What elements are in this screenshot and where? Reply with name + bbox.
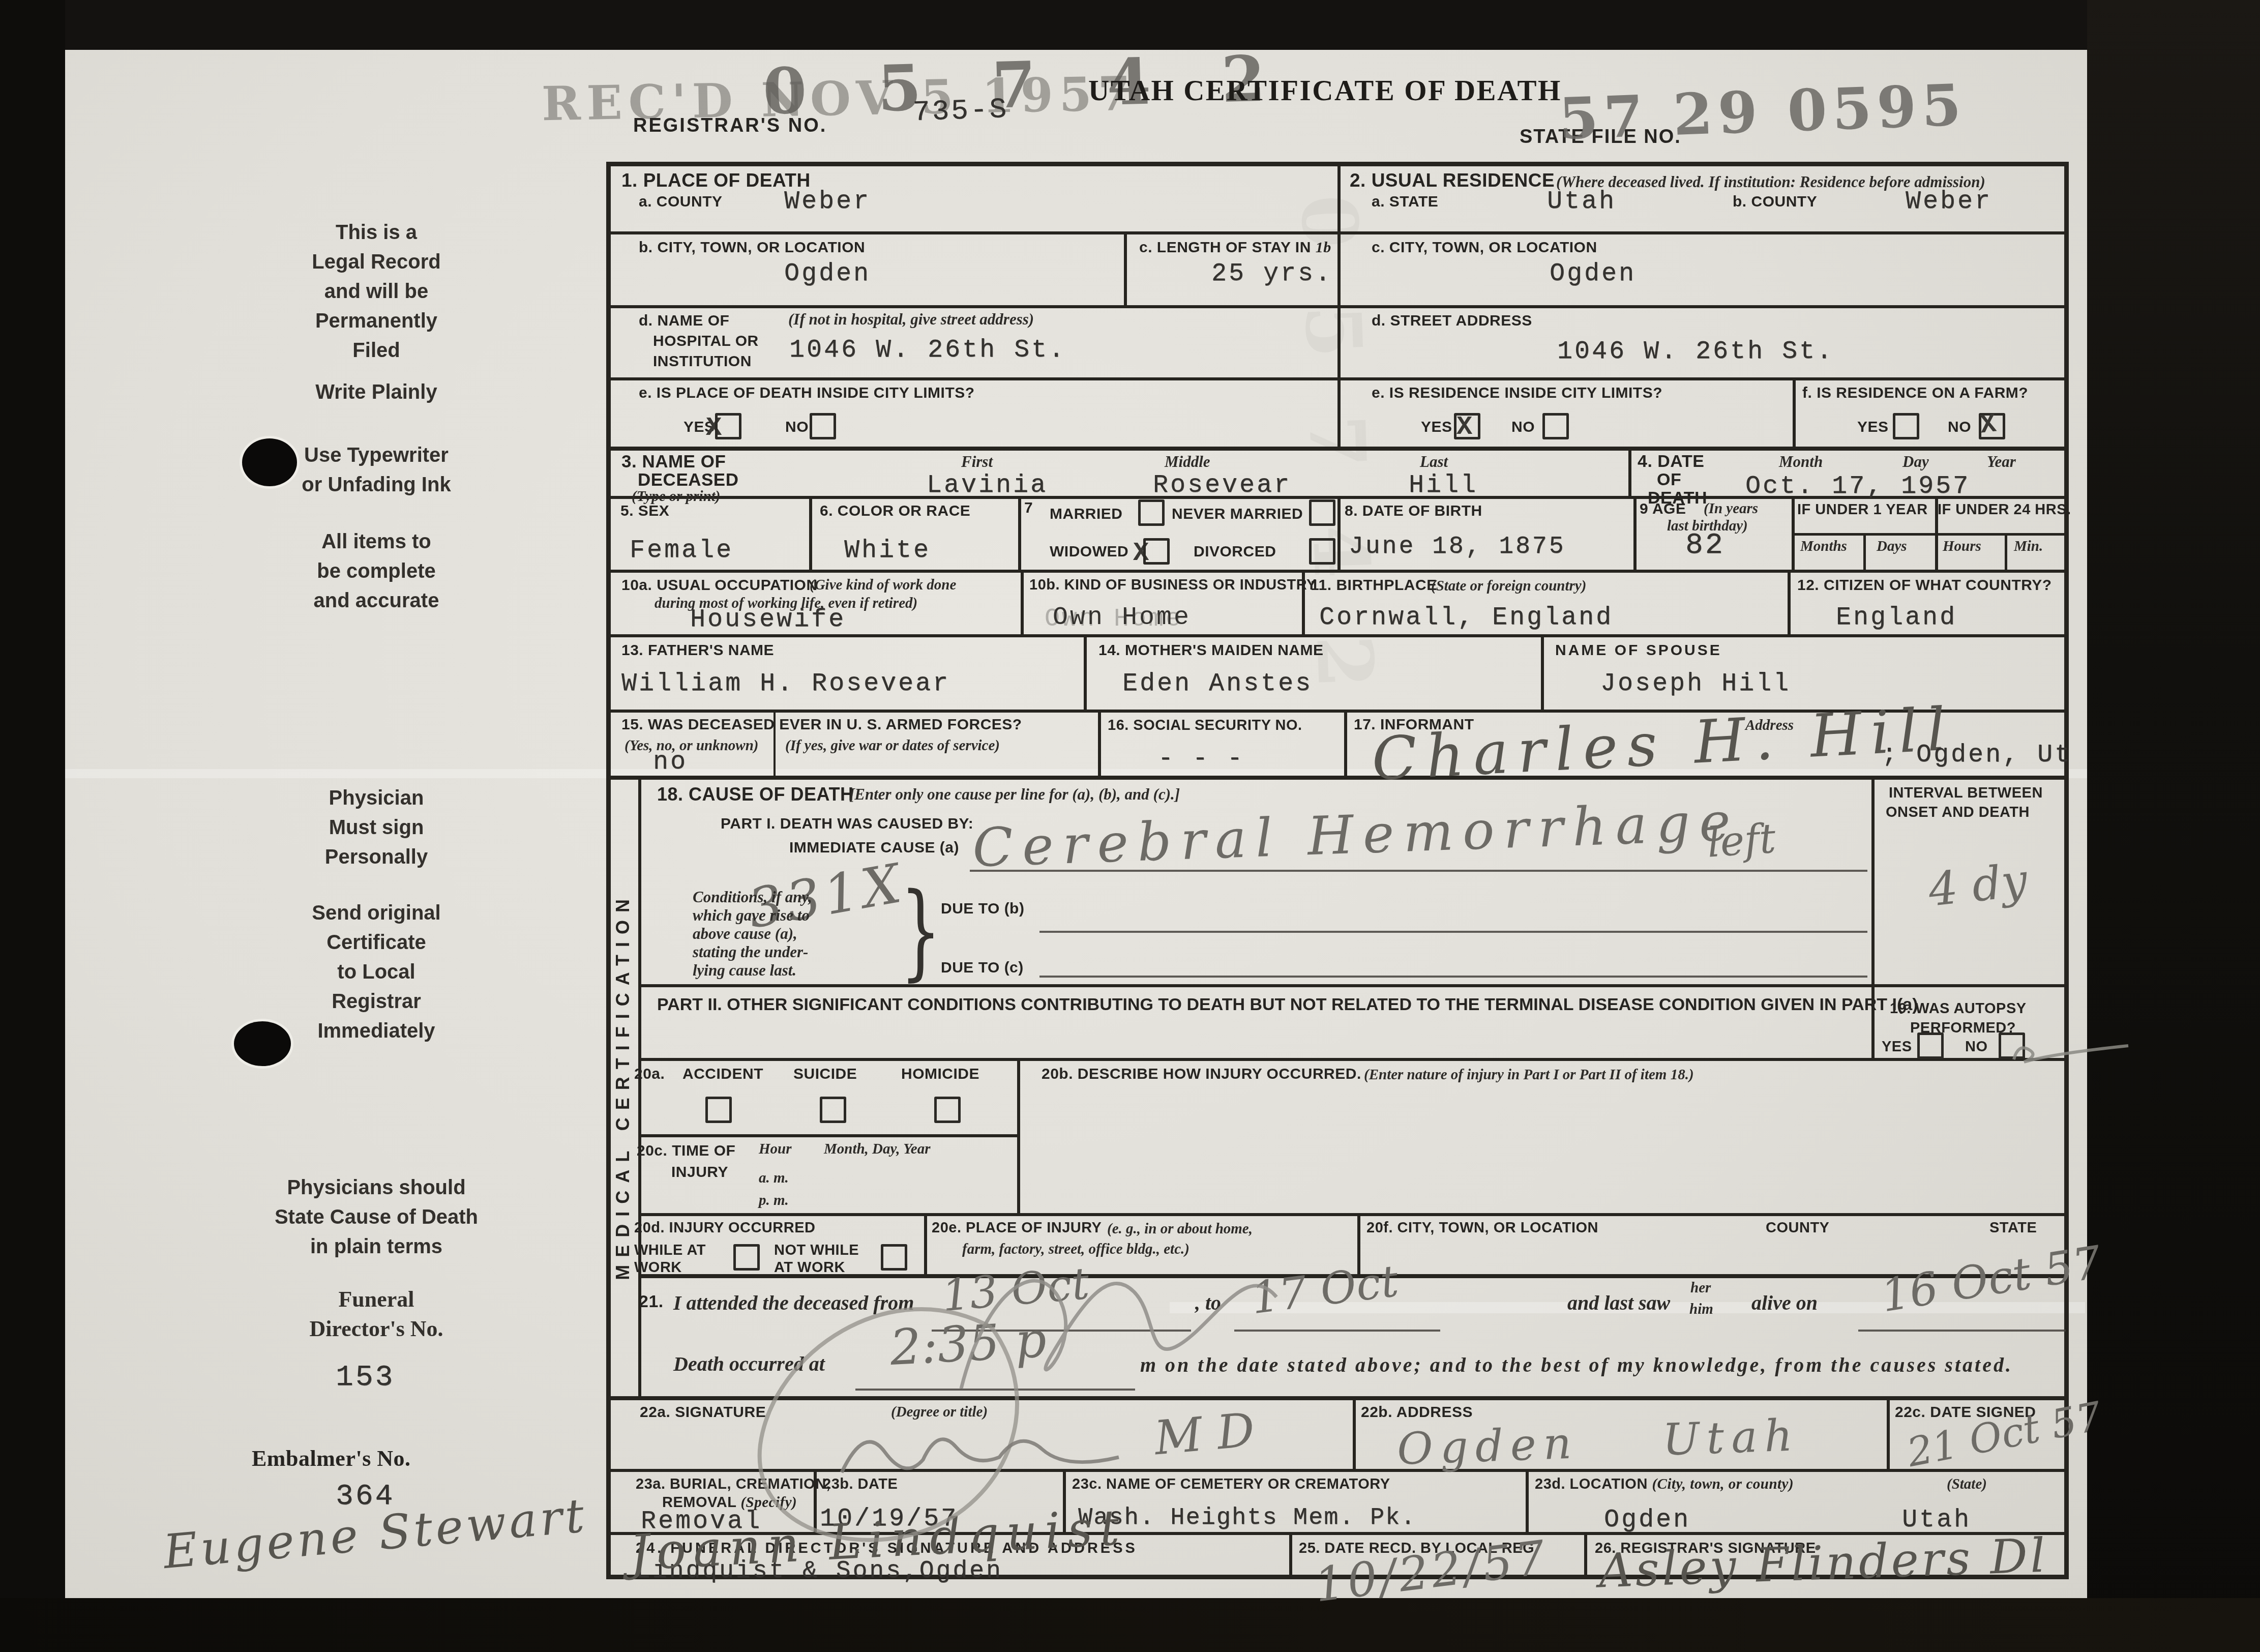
- describe-injury-note: (Enter nature of injury in Part I or Par…: [1364, 1067, 1694, 1083]
- margin-line: Filed: [209, 336, 544, 365]
- widowed-label: WIDOWED: [1050, 543, 1128, 560]
- injury-city-label: 20f. CITY, TOWN, OR LOCATION: [1366, 1220, 1598, 1236]
- residence-city-label: c. CITY, TOWN, OR LOCATION: [1372, 239, 1597, 256]
- widowed-checkbox: [1143, 538, 1170, 565]
- margin-line: State Cause of Death: [183, 1202, 570, 1232]
- interval-label-1: INTERVAL BETWEEN: [1889, 785, 2043, 802]
- yes-label: YES: [1882, 1039, 1912, 1055]
- armed-forces-note-2: (If yes, give war or dates of service): [785, 737, 1000, 754]
- occupation-value: Housewife: [690, 605, 846, 634]
- county-label: a. COUNTY: [639, 193, 723, 211]
- spouse-label: NAME OF SPOUSE: [1555, 642, 1722, 659]
- hours-header: Hours: [1943, 538, 1981, 555]
- father-label: 13. FATHER'S NAME: [621, 642, 774, 659]
- no-label: NO: [1511, 419, 1535, 436]
- margin-line: or Unfading Ink: [209, 470, 544, 499]
- margin-line: Use Typewriter: [209, 440, 544, 470]
- armed-forces-label: 15. WAS DECEASED EVER IN U. S. ARMED FOR…: [621, 716, 1022, 733]
- conditions-note-block: Conditions, if any, which gave rise to a…: [693, 888, 812, 980]
- margin-physician-sign: Physician Must sign Personally: [209, 783, 544, 872]
- date-of-death-value: Oct. 17, 1957: [1745, 472, 1970, 501]
- margin-line: Personally: [209, 842, 544, 872]
- injury-occurred-label: 20d. INJURY OCCURRED: [634, 1220, 815, 1236]
- margin-line: Funeral: [209, 1285, 544, 1314]
- attended-text-3: and last saw: [1567, 1291, 1670, 1315]
- birthplace-note: (State or foreign country): [1431, 578, 1586, 595]
- hospital-label-3: INSTITUTION: [653, 353, 752, 370]
- mother-value: Eden Anstes: [1122, 669, 1313, 698]
- immediate-cause-label: IMMEDIATE CAUSE (a): [789, 839, 959, 857]
- hospital-label-1: d. NAME OF: [639, 312, 729, 330]
- county-value: Weber: [784, 187, 871, 216]
- middle-name-value: Rosevear: [1153, 471, 1291, 500]
- suicide-checkbox: [820, 1097, 846, 1123]
- not-while-at-work-checkbox: [881, 1244, 907, 1271]
- birthplace-label: 11. BIRTHPLACE: [1311, 577, 1437, 594]
- armed-forces-note-1: (Yes, no, or unknown): [625, 737, 759, 754]
- ssn-label: 16. SOCIAL SECURITY NO.: [1108, 717, 1302, 734]
- burial-state-value: Utah: [1902, 1506, 1971, 1535]
- informant-address-value: ; Ogden, Ut: [1882, 741, 2072, 770]
- hospital-value: 1046 W. 26th St.: [789, 336, 1066, 365]
- burial-location-text: 23d. LOCATION: [1535, 1476, 1652, 1492]
- name-of-deceased-label-2: DECEASED: [638, 470, 738, 490]
- last-name-header: Last: [1420, 453, 1448, 471]
- ssn-value: - - -: [1158, 744, 1244, 773]
- while-at-label: WHILE AT: [634, 1242, 706, 1259]
- registrar-no-value: 735-S: [912, 93, 1009, 129]
- margin-line: Director's No.: [209, 1314, 544, 1344]
- father-value: William H. Rosevear: [621, 669, 950, 698]
- accident-number: 20a.: [634, 1066, 665, 1083]
- farm-yes-checkbox: [1893, 413, 1919, 439]
- injury-county-label: COUNTY: [1766, 1220, 1829, 1236]
- cemetery-value: Wash. Heights Mem. Pk.: [1078, 1504, 1416, 1531]
- residence-county-value: Weber: [1906, 187, 1992, 216]
- not-while-label: NOT WHILE: [774, 1242, 859, 1259]
- street-address-value: 1046 W. 26th St.: [1557, 337, 1834, 366]
- margin-legal-record: This is a Legal Record and will be Perma…: [209, 218, 544, 365]
- margin-line: Legal Record: [209, 247, 544, 277]
- never-married-label: NEVER MARRIED: [1172, 506, 1303, 523]
- describe-injury-label: 20b. DESCRIBE HOW INJURY OCCURRED.: [1042, 1066, 1361, 1083]
- first-name-value: Lavinia: [927, 471, 1048, 500]
- am-header: a. m.: [759, 1170, 789, 1187]
- age-value: 82: [1685, 529, 1725, 562]
- margin-complete: All items to be complete and accurate: [209, 527, 544, 615]
- street-address-label: d. STREET ADDRESS: [1372, 312, 1532, 330]
- margin-line: Physicians should: [183, 1173, 570, 1202]
- margin-line: Immediately: [209, 1016, 544, 1046]
- place-of-death-header: 1. PLACE OF DEATH: [621, 170, 811, 191]
- mother-label: 14. MOTHER'S MAIDEN NAME: [1098, 642, 1324, 659]
- race-label: 6. COLOR OR RACE: [820, 503, 970, 520]
- city-label: b. CITY, TOWN, OR LOCATION: [639, 239, 865, 256]
- citizen-value: England: [1836, 603, 1957, 632]
- residence-county-label: b. COUNTY: [1733, 193, 1817, 211]
- age-note-1: (In years: [1704, 500, 1758, 517]
- married-label: MARRIED: [1050, 506, 1123, 523]
- scan-border-left: [0, 0, 65, 1652]
- months-header: Months: [1800, 538, 1847, 555]
- form-title: UTAH CERTIFICATE OF DEATH: [1088, 74, 1562, 107]
- accident-checkbox: [705, 1097, 732, 1123]
- margin-typewriter: Use Typewriter or Unfading Ink: [209, 440, 544, 499]
- burial-state-note: (State): [1947, 1476, 1987, 1493]
- margin-line: Must sign: [209, 813, 544, 842]
- length-of-stay-text: c. LENGTH OF STAY IN: [1139, 239, 1316, 256]
- sex-label: 5. SEX: [620, 503, 669, 520]
- margin-line: Certificate: [209, 928, 544, 957]
- margin-funeral-no-label: Funeral Director's No.: [209, 1285, 544, 1344]
- part1-label: PART I. DEATH WAS CAUSED BY:: [721, 815, 973, 833]
- physician-address-label: 22b. ADDRESS: [1361, 1404, 1473, 1421]
- usual-residence-header: 2. USUAL RESIDENCE: [1350, 170, 1555, 191]
- age-label: 9 AGE: [1640, 500, 1686, 518]
- conditions-brace: }: [900, 883, 941, 980]
- spouse-value: Joseph Hill: [1600, 669, 1791, 698]
- medical-certification-vertical-label: MEDICAL CERTIFICATION: [607, 776, 639, 1396]
- scan-border-bottom: [0, 1598, 2260, 1652]
- death-limits-yes-checkbox: [715, 413, 741, 439]
- first-name-header: First: [961, 453, 993, 471]
- under-24-hrs-header: IF UNDER 24 HRS.: [1938, 501, 2071, 518]
- residence-limits-yes-mark: X: [1456, 412, 1472, 442]
- middle-name-header: Middle: [1165, 453, 1210, 471]
- homicide-checkbox: [934, 1097, 961, 1123]
- margin-line: be complete: [209, 556, 544, 586]
- under-1-year-header: IF UNDER 1 YEAR: [1797, 501, 1928, 518]
- date-of-birth-value: June 18, 1875: [1349, 533, 1565, 560]
- margin-line: Physician: [209, 783, 544, 813]
- accident-label: ACCIDENT: [682, 1066, 763, 1083]
- burial-city-value: Ogden: [1604, 1506, 1690, 1535]
- margin-line: Send original: [209, 898, 544, 928]
- due-to-c-label: DUE TO (c): [941, 959, 1024, 977]
- autopsy-yes-checkbox: [1917, 1032, 1944, 1059]
- autopsy-no-mark: [2001, 1035, 2128, 1073]
- hour-header: Hour: [759, 1141, 791, 1158]
- work-label: WORK: [634, 1259, 682, 1276]
- no-label: NO: [785, 419, 809, 436]
- homicide-label: HOMICIDE: [901, 1066, 979, 1083]
- part2-label: PART II. OTHER SIGNIFICANT CONDITIONS CO…: [657, 995, 1918, 1015]
- margin-line: Registrar: [209, 987, 544, 1016]
- margin-line: and accurate: [209, 586, 544, 615]
- scanned-death-certificate: REC'D NOV 5 1957 0 5 7 4 2 0 5 7 4 2 REG…: [0, 0, 2260, 1652]
- last-name-value: Hill: [1409, 471, 1478, 500]
- scan-border-top: [0, 0, 2260, 50]
- margin-line: This is a: [209, 218, 544, 247]
- due-to-c-line: [1039, 976, 1867, 978]
- citizen-label: 12. CITIZEN OF WHAT COUNTRY?: [1797, 577, 2052, 594]
- farm-no-mark: X: [1979, 409, 1998, 441]
- margin-plain-terms: Physicians should State Cause of Death i…: [183, 1173, 570, 1261]
- margin-line: and will be: [209, 277, 544, 306]
- race-value: White: [844, 536, 931, 565]
- occupation-note-1: (Give kind of work done: [810, 577, 956, 594]
- day-header: Day: [1902, 453, 1929, 471]
- him-text: him: [1689, 1301, 1713, 1318]
- immediate-cause-handwriting-2: left: [1706, 814, 1777, 866]
- min-header: Min.: [2014, 538, 2043, 555]
- pm-header: p. m.: [759, 1192, 789, 1209]
- state-file-stamp: 57 29 0595: [1558, 72, 1968, 153]
- name-of-deceased-label-1: 3. NAME OF: [621, 452, 726, 472]
- registrar-no-label: REGISTRAR'S NO.: [633, 115, 827, 137]
- state-label: a. STATE: [1372, 193, 1438, 211]
- margin-send-original: Send original Certificate to Local Regis…: [209, 898, 544, 1046]
- margin-line: Permanently: [209, 306, 544, 336]
- length-of-stay-ref: 1b: [1316, 239, 1331, 256]
- never-married-checkbox: [1309, 499, 1335, 526]
- attended-number: 21.: [639, 1292, 664, 1312]
- marital-number: 7: [1024, 499, 1033, 517]
- interval-handwriting: 4 dy: [1926, 853, 2030, 917]
- residence-city-value: Ogden: [1550, 259, 1636, 288]
- date-of-death-label-2: OF: [1657, 470, 1681, 490]
- residence-city-limits-label: e. IS RESIDENCE INSIDE CITY LIMITS?: [1372, 385, 1662, 402]
- due-to-b-line: [1039, 931, 1867, 933]
- medical-certification-text: MEDICAL CERTIFICATION: [612, 892, 634, 1280]
- injury-state-label: STATE: [1989, 1220, 2037, 1236]
- business-value: Own Home: [1053, 603, 1191, 632]
- married-checkbox: [1138, 499, 1165, 526]
- cause-of-death-header: 18. CAUSE OF DEATH: [657, 784, 853, 805]
- business-label: 10b. KIND OF BUSINESS OR INDUSTRY: [1029, 577, 1317, 594]
- yes-label: YES: [1421, 419, 1452, 436]
- year-header: Year: [1987, 453, 2016, 471]
- length-of-stay-value: 25 yrs.: [1211, 259, 1332, 288]
- suicide-label: SUICIDE: [793, 1066, 857, 1083]
- burial-location-note: (City, town, or county): [1652, 1476, 1794, 1492]
- embalmer-no-label: Embalmer's No.: [252, 1445, 411, 1471]
- residence-limits-no-checkbox: [1542, 413, 1569, 439]
- conditions-line: which gave rise to: [693, 906, 812, 925]
- divorced-checkbox: [1309, 538, 1335, 565]
- date-of-birth-label: 8. DATE OF BIRTH: [1345, 503, 1482, 520]
- divorced-label: DIVORCED: [1194, 543, 1276, 560]
- autopsy-label-1: 19. WAS AUTOPSY: [1890, 1000, 2027, 1017]
- her-text: her: [1690, 1280, 1711, 1296]
- occupation-label: 10a. USUAL OCCUPATION: [621, 577, 818, 594]
- margin-line: in plain terms: [183, 1232, 570, 1261]
- funeral-director-no: 153: [336, 1361, 395, 1394]
- hospital-label-2: HOSPITAL OR: [653, 333, 759, 350]
- last-saw-line: [1858, 1330, 2066, 1332]
- at-work-label: AT WORK: [774, 1259, 845, 1276]
- month-header: Month: [1779, 453, 1823, 471]
- no-label: NO: [1948, 419, 1971, 436]
- farm-label: f. IS RESIDENCE ON A FARM?: [1802, 385, 2028, 402]
- hospital-note: (If not in hospital, give street address…: [788, 310, 1034, 329]
- while-at-work-checkbox: [733, 1244, 760, 1271]
- attended-text-4: alive on: [1751, 1291, 1818, 1315]
- birthplace-value: Cornwall, England: [1319, 603, 1613, 632]
- due-to-b-label: DUE TO (b): [941, 900, 1024, 918]
- death-limits-no-checkbox: [810, 413, 836, 439]
- physician-signature-scribble: [834, 1409, 1129, 1495]
- no-label: NO: [1965, 1039, 1988, 1055]
- interval-label-2: ONSET AND DEATH: [1886, 804, 2030, 821]
- armed-forces-value: no: [653, 748, 688, 777]
- sex-value: Female: [630, 536, 733, 565]
- conditions-line: stating the under-: [693, 943, 812, 961]
- conditions-line: lying cause last.: [693, 961, 812, 980]
- margin-line: Write Plainly: [209, 377, 544, 407]
- scan-border-right: [2087, 0, 2260, 1652]
- cause-of-death-note: [Enter only one cause per line for (a), …: [849, 785, 1180, 804]
- conditions-line: above cause (a),: [693, 925, 812, 943]
- margin-write-plainly: Write Plainly: [209, 377, 544, 407]
- days-header: Days: [1877, 538, 1907, 555]
- state-value: Utah: [1547, 187, 1616, 216]
- yes-label: YES: [1857, 419, 1889, 436]
- month-day-year-header: Month, Day, Year: [824, 1141, 930, 1158]
- time-of-injury-label-2: INJURY: [671, 1164, 728, 1181]
- city-value: Ogden: [784, 259, 871, 288]
- margin-line: to Local: [209, 957, 544, 987]
- margin-line: All items to: [209, 527, 544, 556]
- time-of-injury-label-1: 20c. TIME OF: [637, 1142, 735, 1160]
- conditions-line: Conditions, if any,: [693, 888, 812, 906]
- death-city-limits-label: e. IS PLACE OF DEATH INSIDE CITY LIMITS?: [639, 385, 975, 402]
- burial-location-label: 23d. LOCATION (City, town, or county): [1535, 1476, 1794, 1493]
- date-of-death-label-1: 4. DATE: [1638, 452, 1704, 471]
- length-of-stay-label: c. LENGTH OF STAY IN 1b: [1139, 239, 1331, 256]
